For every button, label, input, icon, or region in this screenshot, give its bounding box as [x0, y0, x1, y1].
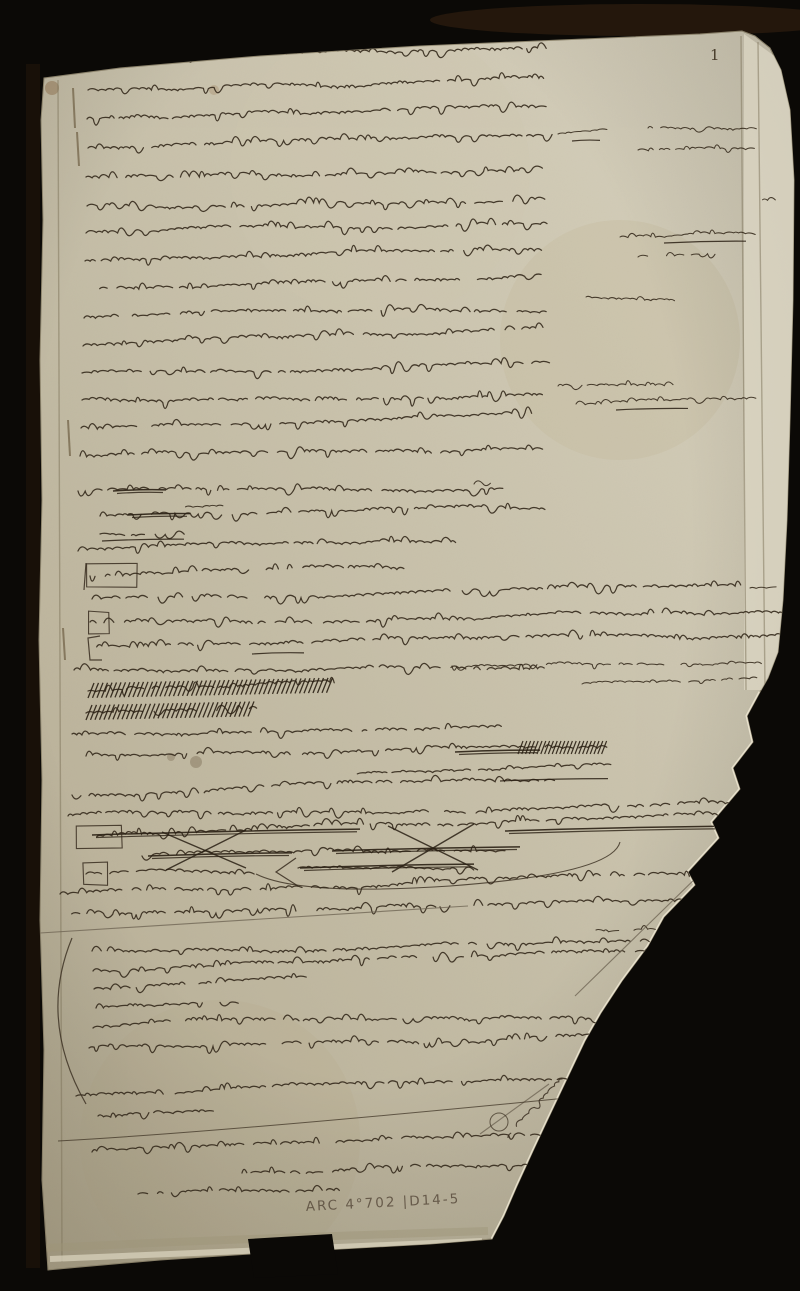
torn-notch: [248, 1234, 338, 1278]
scan-background: 1 ARC 4°702 |D14-5: [0, 0, 800, 1291]
binding-edge: [430, 4, 800, 36]
manuscript-scan: 1 ARC 4°702 |D14-5: [0, 0, 800, 1291]
gutter-pages-edge: [26, 64, 40, 1268]
overlay-layer: [248, 1234, 338, 1278]
page-number: 1: [710, 46, 720, 64]
paper-shading: [0, 0, 800, 1291]
